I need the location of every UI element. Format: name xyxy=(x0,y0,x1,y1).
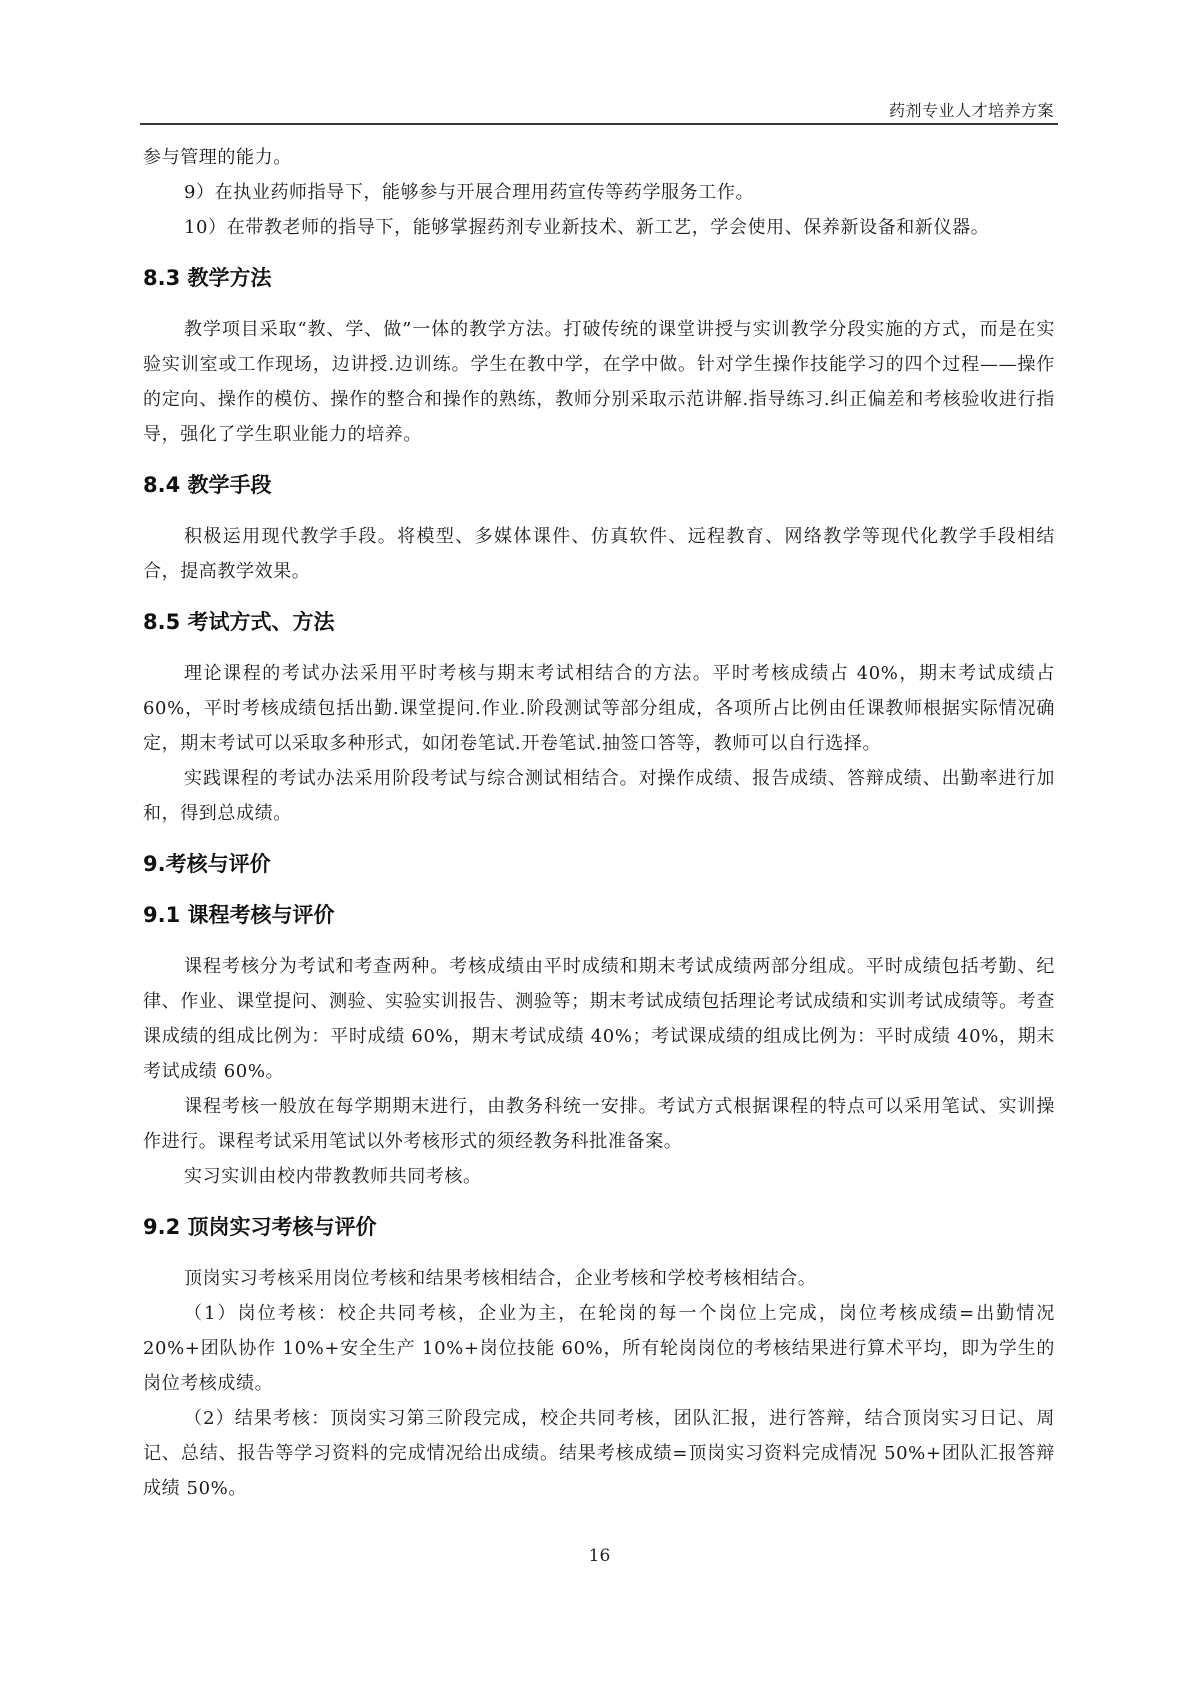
paragraph: 教学项目采取“教、学、做”一体的教学方法。打破传统的课堂讲授与实训教学分段实施的… xyxy=(143,312,1055,452)
paragraph: 参与管理的能力。 xyxy=(143,140,1055,175)
paragraph: 实践课程的考试办法采用阶段考试与综合测试相结合。对操作成绩、报告成绩、答辩成绩、… xyxy=(143,761,1055,831)
paragraph: 积极运用现代教学手段。将模型、多媒体课件、仿真软件、远程教育、网络教学等现代化教… xyxy=(143,519,1055,589)
document-body: 参与管理的能力。 9）在执业药师指导下，能够参与开展合理用药宣传等药学服务工作。… xyxy=(143,140,1055,1506)
paragraph: 理论课程的考试办法采用平时考核与期末考试相结合的方法。平时考核成绩占 40%，期… xyxy=(143,656,1055,761)
page-number: 16 xyxy=(0,1546,1199,1566)
section-heading-8-5: 8.5 考试方式、方法 xyxy=(143,605,1055,640)
paragraph: 课程考核一般放在每学期期末进行，由教务科统一安排。考试方式根据课程的特点可以采用… xyxy=(143,1089,1055,1159)
paragraph: 课程考核分为考试和考查两种。考核成绩由平时成绩和期末考试成绩两部分组成。平时成绩… xyxy=(143,949,1055,1089)
paragraph: 顶岗实习考核采用岗位考核和结果考核相结合，企业考核和学校考核相结合。 xyxy=(143,1261,1055,1296)
section-heading-9-1: 9.1 课程考核与评价 xyxy=(143,898,1055,933)
list-item-10: 10）在带教老师的指导下，能够掌握药剂专业新技术、新工艺，学会使用、保养新设备和… xyxy=(143,210,1055,245)
section-heading-9: 9.考核与评价 xyxy=(143,847,1055,882)
paragraph: （1）岗位考核：校企共同考核，企业为主，在轮岗的每一个岗位上完成，岗位考核成绩=… xyxy=(143,1296,1055,1401)
section-heading-8-3: 8.3 教学方法 xyxy=(143,261,1055,296)
paragraph: 实习实训由校内带教教师共同考核。 xyxy=(143,1159,1055,1194)
list-item-9: 9）在执业药师指导下，能够参与开展合理用药宣传等药学服务工作。 xyxy=(143,175,1055,210)
document-title: 药剂专业人才培养方案 xyxy=(889,98,1054,121)
page-header: 药剂专业人才培养方案 xyxy=(140,92,1058,125)
section-heading-9-2: 9.2 顶岗实习考核与评价 xyxy=(143,1210,1055,1245)
section-heading-8-4: 8.4 教学手段 xyxy=(143,468,1055,503)
paragraph: （2）结果考核：顶岗实习第三阶段完成，校企共同考核，团队汇报，进行答辩，结合顶岗… xyxy=(143,1401,1055,1506)
